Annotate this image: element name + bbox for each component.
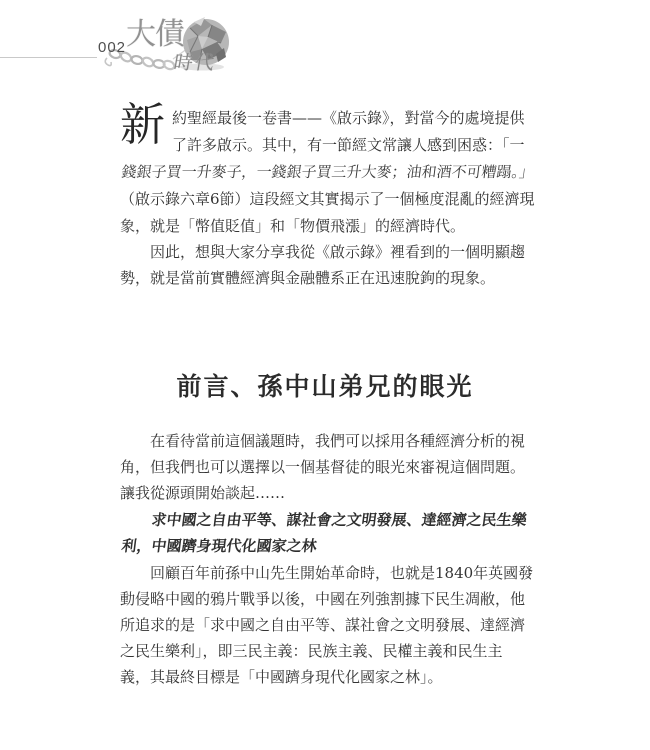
body-line: 所追求的是「求中國之自由平等、謀社會之文明發展、達經濟 — [120, 612, 525, 638]
body-line: 回顧百年前孫中山先生開始革命時，也就是1840年英國發 — [150, 560, 533, 586]
motto-line: 利，中國躋身現代化國家之林 — [120, 533, 318, 559]
body-line: 象，就是「幣值貶值」和「物價飛漲」的經濟時代。 — [120, 213, 465, 239]
book-subtitle: 時代 — [172, 52, 218, 74]
body-line: 義，其最終目標是「中國躋身現代化國家之林」。 — [120, 664, 443, 690]
scripture-quote-line: 錢銀子買一升麥子，一錢銀子買三升大麥；油和酒不可糟蹋。」 — [120, 159, 536, 185]
body-line: 之民生樂利」，即三民主義：民族主義、民權主義和民生主 — [120, 638, 503, 664]
header-rule — [0, 57, 97, 58]
body-line: 讓我從源頭開始談起…… — [120, 480, 285, 506]
body-line: 約聖經最後一卷書——《啟示錄》，對當今的處境提供 — [172, 105, 525, 131]
body-line: 了許多啟示。其中，有一節經文常讓人感到困惑：「一 — [172, 132, 525, 158]
section-heading: 前言、孫中山弟兄的眼光 — [0, 369, 650, 405]
drop-cap: 新 — [120, 102, 165, 148]
book-title: 大債 — [126, 18, 184, 52]
book-page: 002 大債 時代 新 約聖經最後一卷書——《啟示錄》，對當今的處境提供 了許多… — [0, 0, 650, 750]
body-line: 動侵略中國的鴉片戰爭以後，中國在列強割據下民生凋敝，他 — [120, 586, 525, 612]
motto-line: 求中國之自由平等、謀社會之文明發展、達經濟之民生樂 — [150, 507, 528, 533]
body-line: 角，但我們也可以選擇以一個基督徒的眼光來審視這個問題。 — [120, 454, 525, 480]
page-number: 002 — [98, 39, 126, 56]
body-line: 勢，就是當前實體經濟與金融體系正在迅速脫鉤的現象。 — [120, 265, 495, 291]
body-line: （啟示錄六章6節）這段經文其實揭示了一個極度混亂的經濟現 — [120, 186, 535, 212]
body-line: 因此，想與大家分享我從《啟示錄》裡看到的一個明顯趨 — [150, 239, 525, 265]
body-line: 在看待當前這個議題時，我們可以採用各種經濟分析的視 — [150, 428, 525, 454]
